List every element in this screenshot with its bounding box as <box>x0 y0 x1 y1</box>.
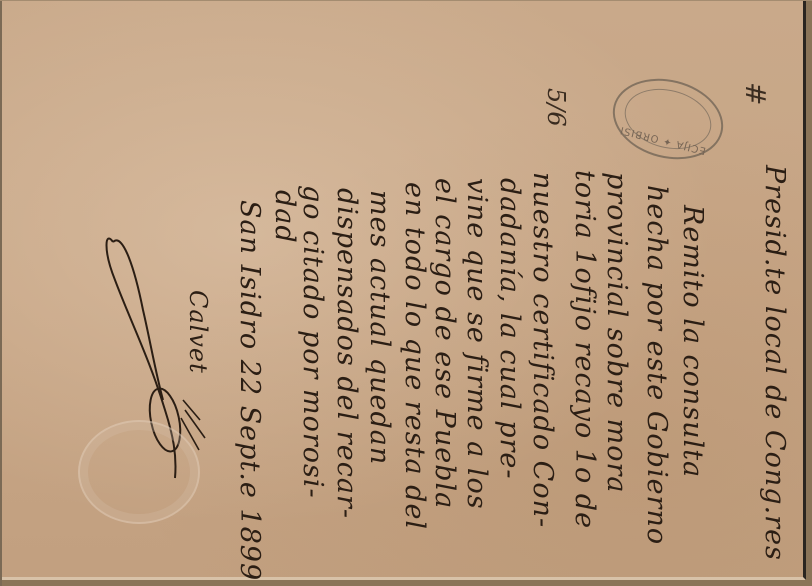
embossed-seal <box>78 420 200 524</box>
letter-heading: Presid.te local de Cong.res <box>759 165 790 561</box>
scan-edge-top <box>0 0 812 1</box>
document-page: # ECIJA ✦ ORBISI 5/6 Presid.te local de … <box>0 0 806 580</box>
body-line: hecha por este Gobierno <box>641 185 672 545</box>
body-line: mes actual quedan <box>364 190 395 465</box>
body-line: Remito la consulta <box>677 205 708 478</box>
scan-edge-left <box>0 0 2 586</box>
folio-number: 5/6 <box>542 88 570 127</box>
body-line: vine que se firme a los <box>461 178 492 510</box>
body-line: dad <box>269 190 300 244</box>
body-line: go citado por morosi- <box>297 185 328 499</box>
body-line: toria 1ofijo recayo 1o de <box>569 170 600 529</box>
body-line: dadanía, la cual pre- <box>494 178 525 479</box>
corner-mark: # <box>739 82 772 105</box>
ink-stamp: ECIJA ✦ ORBISI <box>604 68 732 171</box>
body-line: el cargo de ese Puebla <box>429 178 460 509</box>
place-date: San Isidro 22 Sept.e 1899 <box>234 200 265 581</box>
body-line: nuestro certificado Con- <box>527 172 558 528</box>
body-line: en todo lo que resta del <box>399 182 430 530</box>
body-line: provincial sobre mora <box>601 172 632 494</box>
body-line: dispensados del recar- <box>331 188 362 519</box>
